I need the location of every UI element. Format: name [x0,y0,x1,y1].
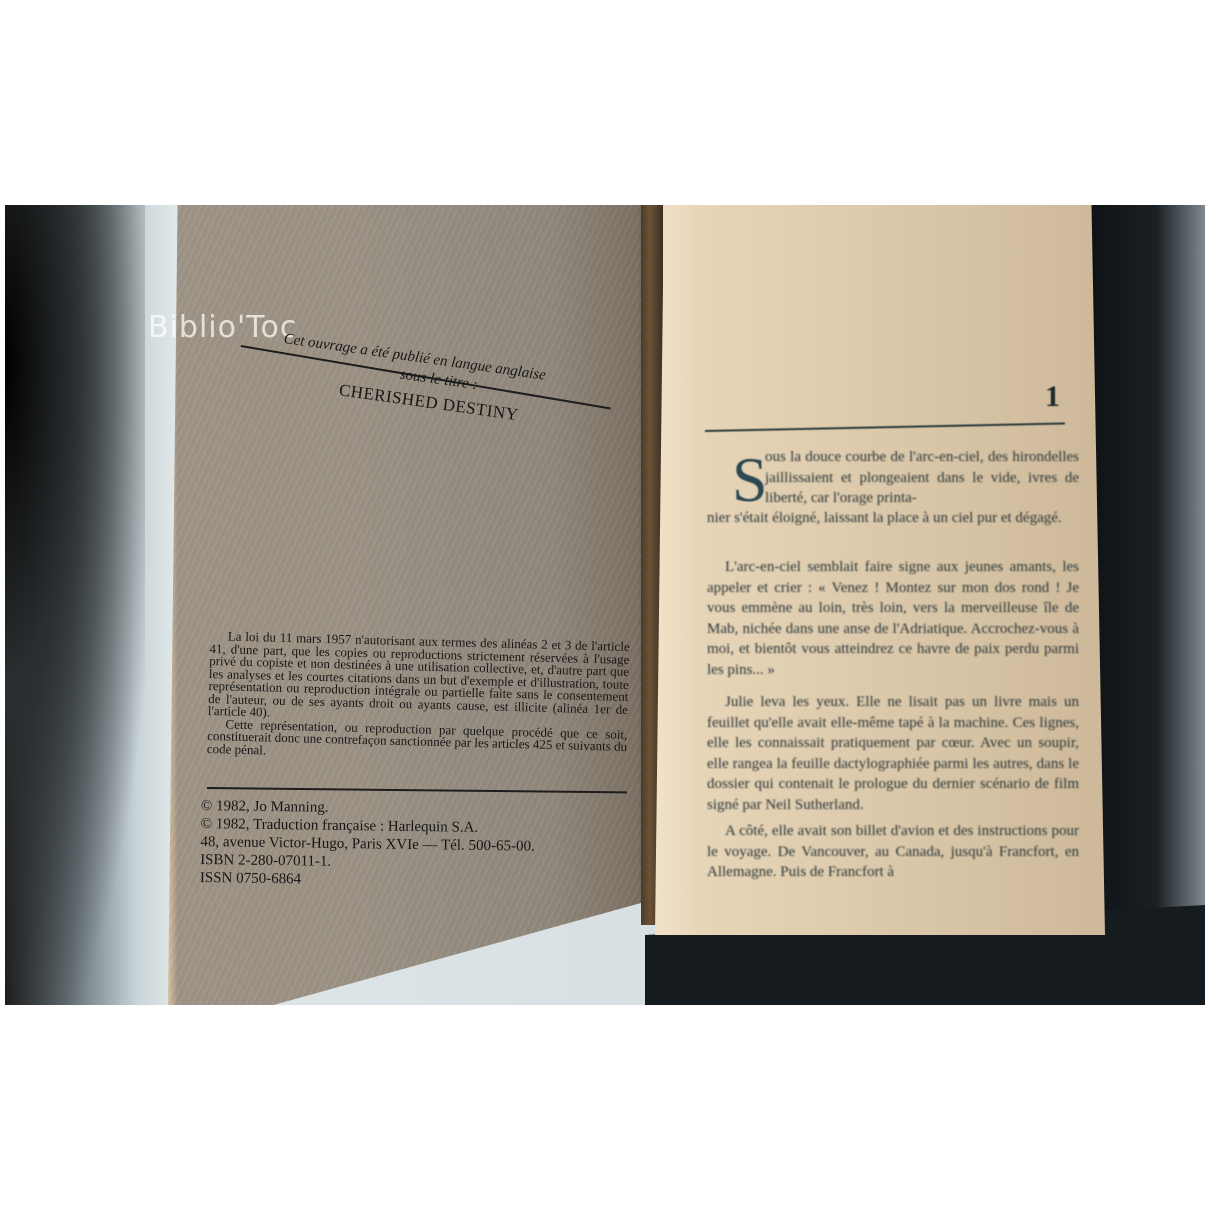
chapter-number: 1 [1045,380,1060,414]
copyright-law-notice: La loi du 11 mars 1957 n'autorisant aux … [207,630,630,766]
watermark-logo: Biblio'Toc [148,310,297,345]
body-text: L'arc-en-ciel semblait faire signe aux j… [707,557,1079,895]
drop-cap: S [732,448,768,512]
paragraph: A côté, elle avait son billet d'avion et… [707,821,1079,883]
book-photo: Biblio'Toc Cet ouvrage a été publié en l… [5,205,1205,1005]
law-paragraph-1: La loi du 11 mars 1957 n'autorisant aux … [208,630,630,728]
paragraph: Julie leva les yeux. Elle ne lisait pas … [707,692,1079,815]
copyright-block: © 1982, Jo Manning. © 1982, Traduction f… [200,797,536,892]
background-shadow [5,205,145,1005]
paragraph: L'arc-en-ciel semblait faire signe aux j… [707,557,1079,680]
opening-text: ous la douce courbe de l'arc-en-ciel, de… [765,447,1079,509]
opening-text-tail: nier s'était éloigné, laissant la place … [707,508,1079,529]
